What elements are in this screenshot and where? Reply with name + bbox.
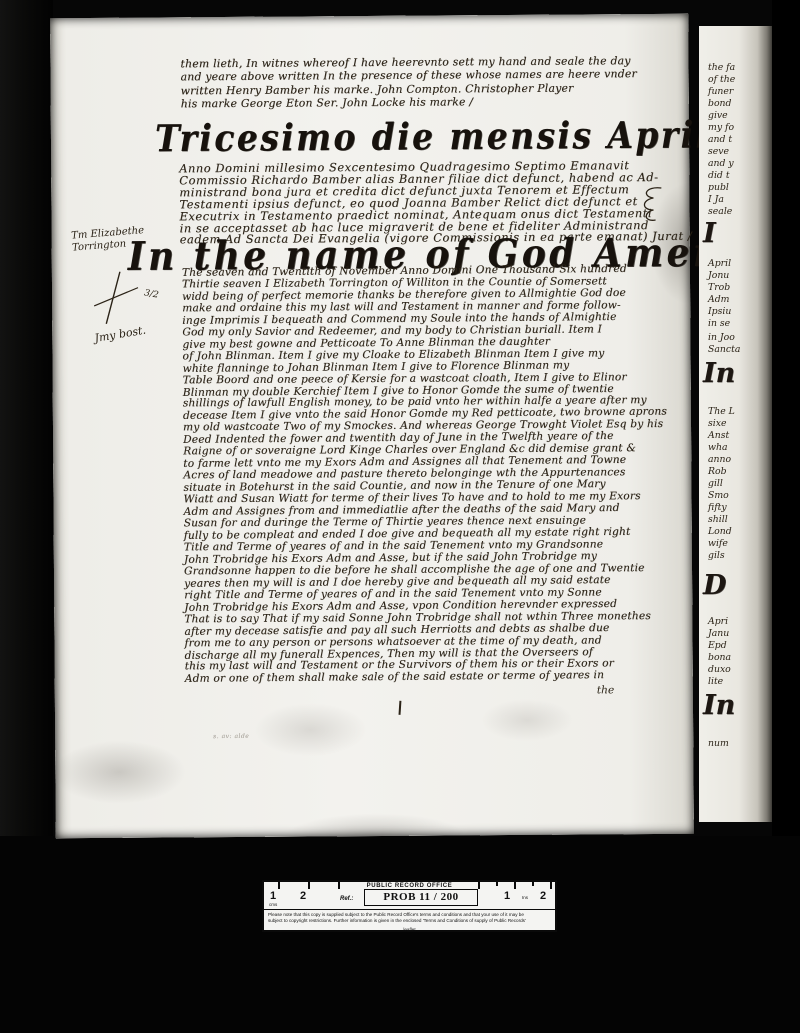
inch-tick bbox=[496, 882, 498, 886]
disclaimer-leaflet-word: leaflet bbox=[264, 927, 555, 932]
cm-tick bbox=[278, 882, 280, 889]
sliver-line: lite bbox=[708, 676, 731, 688]
sliver-initial: I bbox=[703, 218, 716, 249]
catchword: the bbox=[597, 684, 614, 696]
sliver-line: funer bbox=[708, 86, 735, 98]
sliver-line: Apri bbox=[708, 616, 731, 628]
sliver-fragments: the faof thefunerbondgivemy foand tsevea… bbox=[708, 62, 735, 218]
sliver-fragments: in JooSancta bbox=[708, 332, 740, 356]
strip-divider bbox=[264, 909, 555, 910]
sliver-line: Janu bbox=[708, 628, 731, 640]
sliver-line: give bbox=[708, 110, 735, 122]
adjacent-page-sliver: the faof thefunerbondgivemy foand tsevea… bbox=[699, 26, 772, 822]
sliver-line: Ipsiu bbox=[708, 306, 731, 318]
sliver-line: my fo bbox=[708, 122, 735, 134]
scribal-paraph-icon bbox=[639, 184, 665, 236]
cm-tick bbox=[308, 882, 310, 889]
inch-tick bbox=[478, 882, 480, 889]
sliver-line: Adm bbox=[708, 294, 731, 306]
pen-stroke-mark bbox=[399, 701, 402, 715]
cm-tick bbox=[338, 882, 340, 889]
sliver-line: Smo bbox=[708, 490, 735, 502]
microfilm-scan: Tm Elizabethe Torrington 3/2 Jmy bost. t… bbox=[0, 0, 800, 1033]
pro-reference-strip: PUBLIC RECORD OFFICE 1 2 cms Ref.: PROB … bbox=[262, 880, 557, 932]
sliver-line: of the bbox=[708, 74, 735, 86]
inch-label-1: 1 bbox=[504, 890, 510, 902]
sliver-line: seve bbox=[708, 146, 735, 158]
sliver-line: gils bbox=[708, 550, 735, 562]
sliver-line: publ bbox=[708, 182, 735, 194]
sliver-line: did t bbox=[708, 170, 735, 182]
film-edge-bottom bbox=[0, 836, 800, 1033]
sliver-line: Rob bbox=[708, 466, 735, 478]
cm-label-1: 1 bbox=[270, 890, 276, 902]
sliver-line: Epd bbox=[708, 640, 731, 652]
sliver-line: bona bbox=[708, 652, 731, 664]
sliver-initial: In bbox=[703, 358, 735, 389]
sliver-line: seale bbox=[708, 206, 735, 218]
ref-label: Ref.: bbox=[340, 896, 353, 902]
sliver-initial: D bbox=[703, 570, 726, 601]
sliver-line: anno bbox=[708, 454, 735, 466]
sliver-line: I Ja bbox=[708, 194, 735, 206]
sliver-line: Sancta bbox=[708, 344, 740, 356]
sliver-fragments: The LsixeAnstwhaannoRobgillSmofiftyshill… bbox=[708, 406, 735, 562]
sliver-line: gill bbox=[708, 478, 735, 490]
sliver-line: in se bbox=[708, 318, 731, 330]
inch-tick bbox=[514, 882, 516, 889]
disclaimer-line: Please note that this copy is supplied s… bbox=[268, 912, 553, 918]
manuscript-page: Tm Elizabethe Torrington 3/2 Jmy bost. t… bbox=[50, 14, 694, 838]
sliver-line: shill bbox=[708, 514, 735, 526]
cm-unit-label: cms bbox=[269, 902, 277, 907]
sliver-line: fifty bbox=[708, 502, 735, 514]
inch-tick bbox=[532, 882, 534, 886]
sliver-line: duxo bbox=[708, 664, 731, 676]
sliver-line: the fa bbox=[708, 62, 735, 74]
sliver-line: Anst bbox=[708, 430, 735, 442]
sliver-line: num bbox=[708, 738, 729, 750]
sliver-line: Lond bbox=[708, 526, 735, 538]
faint-pencil-note: s. av: alde bbox=[213, 733, 249, 740]
sliver-fragments: num bbox=[708, 738, 729, 750]
sliver-line: sixe bbox=[708, 418, 735, 430]
will-body: The seaven and Twentith of November Anno… bbox=[182, 264, 685, 686]
cm-label-2: 2 bbox=[300, 890, 306, 902]
sliver-line: Jonu bbox=[708, 270, 731, 282]
sliver-line: bond bbox=[708, 98, 735, 110]
strip-disclaimer: Please note that this copy is supplied s… bbox=[268, 912, 553, 923]
sliver-line: The L bbox=[708, 406, 735, 418]
sliver-line: Trob bbox=[708, 282, 731, 294]
sliver-line: and t bbox=[708, 134, 735, 146]
disclaimer-line: subject to copyright restrictions. Furth… bbox=[268, 918, 553, 924]
sliver-line: wha bbox=[708, 442, 735, 454]
inch-unit-label: Ins bbox=[522, 895, 528, 900]
sliver-line: in Joo bbox=[708, 332, 740, 344]
sliver-fragments: ApriJanuEpdbonaduxolite bbox=[708, 616, 731, 688]
inch-label-2: 2 bbox=[540, 890, 546, 902]
sliver-line: wife bbox=[708, 538, 735, 550]
sliver-line: April bbox=[708, 258, 731, 270]
witness-line: his marke George Eton Ser. John Locke hi… bbox=[181, 94, 681, 111]
sliver-initial: In bbox=[703, 690, 735, 721]
probate-heading: Tricesimo die mensis Aprilis bbox=[155, 112, 747, 160]
inch-tick bbox=[550, 882, 552, 889]
sliver-fragments: AprilJonuTrobAdmIpsiuin se bbox=[708, 258, 731, 330]
witness-clause: them lieth, In witnes whereof I have hee… bbox=[180, 54, 680, 111]
sliver-line: and y bbox=[708, 158, 735, 170]
margin-fraction-note: 3/2 bbox=[143, 288, 159, 300]
reference-number: PROB 11 / 200 bbox=[364, 889, 478, 906]
